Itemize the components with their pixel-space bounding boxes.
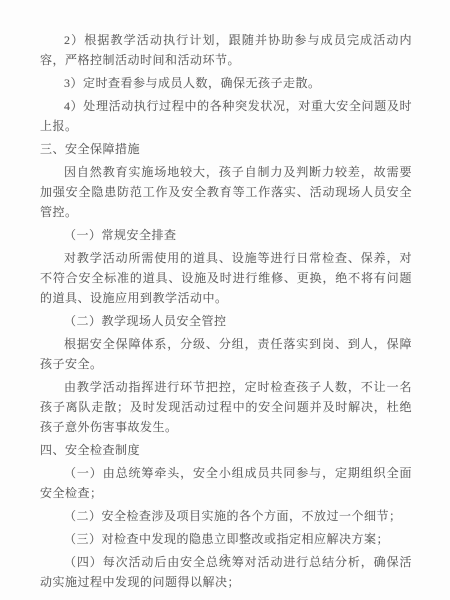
document-body: 2）根据教学活动执行计划，跟随并协助参与成员完成活动内容，严格控制活动时间和活动… bbox=[40, 30, 412, 595]
paragraph-item: （一）由总统筹牵头，安全小组成员共同参与，定期组织全面安全检查； bbox=[40, 463, 412, 503]
paragraph-item: （二）安全检查涉及项目实施的各个方面，不放过一个细节； bbox=[40, 506, 412, 526]
document-page: 2）根据教学活动执行计划，跟随并协助参与成员完成活动内容，严格控制活动时间和活动… bbox=[0, 0, 450, 600]
paragraph-heading: 四、安全检查制度 bbox=[40, 440, 412, 460]
paragraph-item: （三）对检查中发现的隐患立即整改或指定相应解决方案； bbox=[40, 529, 412, 549]
paragraph-body: 因自然教育实施场地较大，孩子自制力及判断力较差，故需要加强安全隐患防范工作及安全… bbox=[40, 162, 412, 222]
page-number: 3 bbox=[0, 553, 450, 564]
paragraph-body: 由教学活动指挥进行环节把控，定时检查孩子人数，不让一名孩子离队走散；及时发现活动… bbox=[40, 377, 412, 437]
paragraph-subheading: （二）教学现场人员安全管控 bbox=[40, 311, 412, 331]
paragraph-body: 根据安全保障体系，分级、分组，责任落实到岗、到人，保障孩子安全。 bbox=[40, 334, 412, 374]
paragraph-heading: 三、安全保障措施 bbox=[40, 139, 412, 159]
paragraph-item: 2）根据教学活动执行计划，跟随并协助参与成员完成活动内容，严格控制活动时间和活动… bbox=[40, 30, 412, 70]
paragraph-body: 对教学活动所需使用的道具、设施等进行日常检查、保养，对不符合安全标准的道具、设施… bbox=[40, 248, 412, 308]
paragraph-item: 4）处理活动执行过程中的各种突发状况，对重大安全问题及时上报。 bbox=[40, 96, 412, 136]
paragraph-item: 3）定时查看参与成员人数，确保无孩子走散。 bbox=[40, 73, 412, 93]
paragraph-subheading: （一）常规安全排查 bbox=[40, 225, 412, 245]
